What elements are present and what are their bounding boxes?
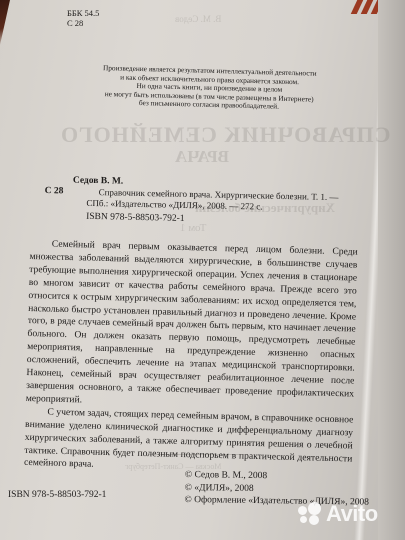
author-mark: С 28 [67, 18, 99, 28]
avito-watermark: Avito [298, 501, 378, 527]
bleed-through-title-line1: СПРАВОЧНИК СЕМЕЙНОГО [60, 122, 390, 148]
book-cover-edge [0, 0, 10, 45]
abstract: Семейный врач первым оказывается перед л… [24, 238, 358, 479]
footer-isbn: ISBN 978-5-88503-792-1 [8, 490, 106, 500]
bleed-through-title-line2: ВРАЧА [175, 147, 229, 167]
abstract-paragraph: С учетом задач, стоящих перед семейным в… [24, 406, 354, 479]
catalog-card: Седов В. М. С 28 Справочник семейного вр… [45, 175, 375, 182]
avito-watermark-label: Avito [326, 501, 378, 527]
catalog-isbn: ISBN 978-5-88503-792-1 [86, 212, 185, 225]
bleed-through-author: В. М. Седов [175, 14, 221, 24]
classification-block: ББК 54.5 С 28 [67, 8, 99, 28]
page-edge-shadow [378, 0, 405, 540]
book-page: В. М. Седов СПРАВОЧНИК СЕМЕЙНОГО ВРАЧА Х… [0, 0, 405, 540]
rights-notice: Произведение является результатом интелл… [99, 64, 320, 113]
abstract-paragraph: Семейный врач первым оказывается перед л… [26, 238, 358, 414]
bbk-code: ББК 54.5 [67, 8, 99, 18]
avito-logo-icon [298, 502, 322, 526]
catalog-description: Справочник семейного врача. Хирургически… [74, 187, 359, 215]
catalog-code: С 28 [45, 186, 64, 197]
